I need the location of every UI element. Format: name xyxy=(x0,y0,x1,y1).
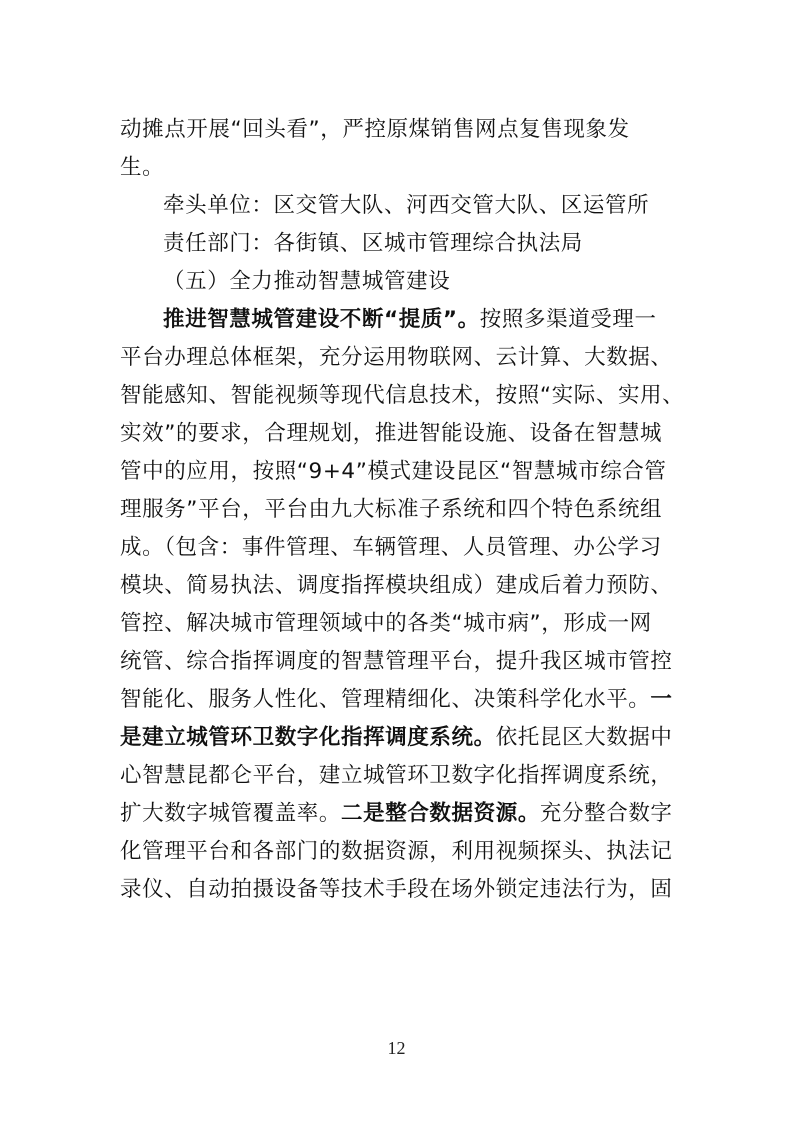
text-line: 管控、解决城市管理领域中的各类“城市病”，形成一网 xyxy=(120,605,680,643)
text-segment: 化管理平台和各部门的数据资源，利用视频探头、执法记 xyxy=(120,839,673,864)
text-segment: 管中的应用，按照“9+4”模式建设昆区“智慧城市综合管 xyxy=(120,459,667,484)
text-segment: 智能化、服务人性化、管理精细化、决策科学化水平。 xyxy=(120,687,650,712)
text-segment: 平台办理总体框架，充分运用物联网、云计算、大数据、 xyxy=(120,345,673,370)
text-line: 模块、简易执法、调度指挥模块组成）建成后着力预防、 xyxy=(120,567,680,605)
text-segment: 责任部门：各街镇、区城市管理综合执法局 xyxy=(163,231,583,256)
paragraph-start-line: 推进智慧城管建设不断“提质”。按照多渠道受理一 xyxy=(120,301,680,339)
text-segment: 动摊点开展“回头看”，严控原煤销售网点复售现象发 xyxy=(120,117,630,142)
text-line: 生。 xyxy=(120,149,680,187)
text-segment: 录仪、自动拍摄设备等技术手段在场外锁定违法行为，固 xyxy=(120,877,673,902)
section-heading: （五）全力推动智慧城管建设 xyxy=(120,263,680,301)
text-line: 管中的应用，按照“9+4”模式建设昆区“智慧城市综合管 xyxy=(120,453,680,491)
text-segment: 生。 xyxy=(120,155,164,180)
text-line: 实效”的要求，合理规划，推进智能设施、设备在智慧城 xyxy=(120,415,680,453)
text-segment: 心智慧昆都仑平台，建立城管环卫数字化指挥调度系统， xyxy=(120,763,673,788)
text-segment: 模块、简易执法、调度指挥模块组成）建成后着力预防、 xyxy=(120,573,673,598)
text-line: 是建立城管环卫数字化指挥调度系统。依托昆区大数据中 xyxy=(120,719,680,757)
text-line: 平台办理总体框架，充分运用物联网、云计算、大数据、 xyxy=(120,339,680,377)
text-segment: 充分整合数字 xyxy=(540,801,673,826)
text-line: 智能化、服务人性化、管理精细化、决策科学化水平。一 xyxy=(120,681,680,719)
text-segment: 实效”的要求，合理规划，推进智能设施、设备在智慧城 xyxy=(120,421,662,446)
text-segment: 理服务”平台，平台由九大标准子系统和四个特色系统组 xyxy=(120,497,662,522)
section-heading-text: （五）全力推动智慧城管建设 xyxy=(163,269,450,294)
text-line: 智能感知、智能视频等现代信息技术，按照“实际、实用、 xyxy=(120,377,680,415)
bold-phrase: 二是整合数据资源。 xyxy=(341,801,540,826)
bold-lead-phrase: 推进智慧城管建设不断“提质”。 xyxy=(163,307,480,332)
text-line: 动摊点开展“回头看”，严控原煤销售网点复售现象发 xyxy=(120,111,680,149)
text-segment: 按照多渠道受理一 xyxy=(480,307,657,332)
text-segment: 智能感知、智能视频等现代信息技术，按照“实际、实用、 xyxy=(120,383,684,408)
text-segment: 牵头单位：区交管大队、河西交管大队、区运管所 xyxy=(163,193,649,218)
text-segment: 统管、综合指挥调度的智慧管理平台，提升我区城市管控 xyxy=(120,649,673,674)
document-body: 动摊点开展“回头看”，严控原煤销售网点复售现象发 生。 牵头单位：区交管大队、河… xyxy=(120,111,680,909)
responsible-dept-line: 责任部门：各街镇、区城市管理综合执法局 xyxy=(120,225,680,263)
document-page: 动摊点开展“回头看”，严控原煤销售网点复售现象发 生。 牵头单位：区交管大队、河… xyxy=(0,0,793,1122)
lead-unit-line: 牵头单位：区交管大队、河西交管大队、区运管所 xyxy=(120,187,680,225)
bold-phrase: 是建立城管环卫数字化指挥调度系统。 xyxy=(120,725,496,750)
text-line: 化管理平台和各部门的数据资源，利用视频探头、执法记 xyxy=(120,833,680,871)
text-line: 心智慧昆都仑平台，建立城管环卫数字化指挥调度系统， xyxy=(120,757,680,795)
text-segment: 成。（包含：事件管理、车辆管理、人员管理、办公学习 xyxy=(120,535,662,560)
bold-phrase: 一 xyxy=(650,687,672,712)
text-line: 录仪、自动拍摄设备等技术手段在场外锁定违法行为，固 xyxy=(120,871,680,909)
text-line: 扩大数字城管覆盖率。二是整合数据资源。充分整合数字 xyxy=(120,795,680,833)
text-segment: 依托昆区大数据中 xyxy=(496,725,673,750)
text-line: 理服务”平台，平台由九大标准子系统和四个特色系统组 xyxy=(120,491,680,529)
text-line: 统管、综合指挥调度的智慧管理平台，提升我区城市管控 xyxy=(120,643,680,681)
text-segment: 扩大数字城管覆盖率。 xyxy=(120,801,341,826)
page-number: 12 xyxy=(0,1038,793,1059)
text-segment: 管控、解决城市管理领域中的各类“城市病”，形成一网 xyxy=(120,611,652,636)
text-line: 成。（包含：事件管理、车辆管理、人员管理、办公学习 xyxy=(120,529,680,567)
